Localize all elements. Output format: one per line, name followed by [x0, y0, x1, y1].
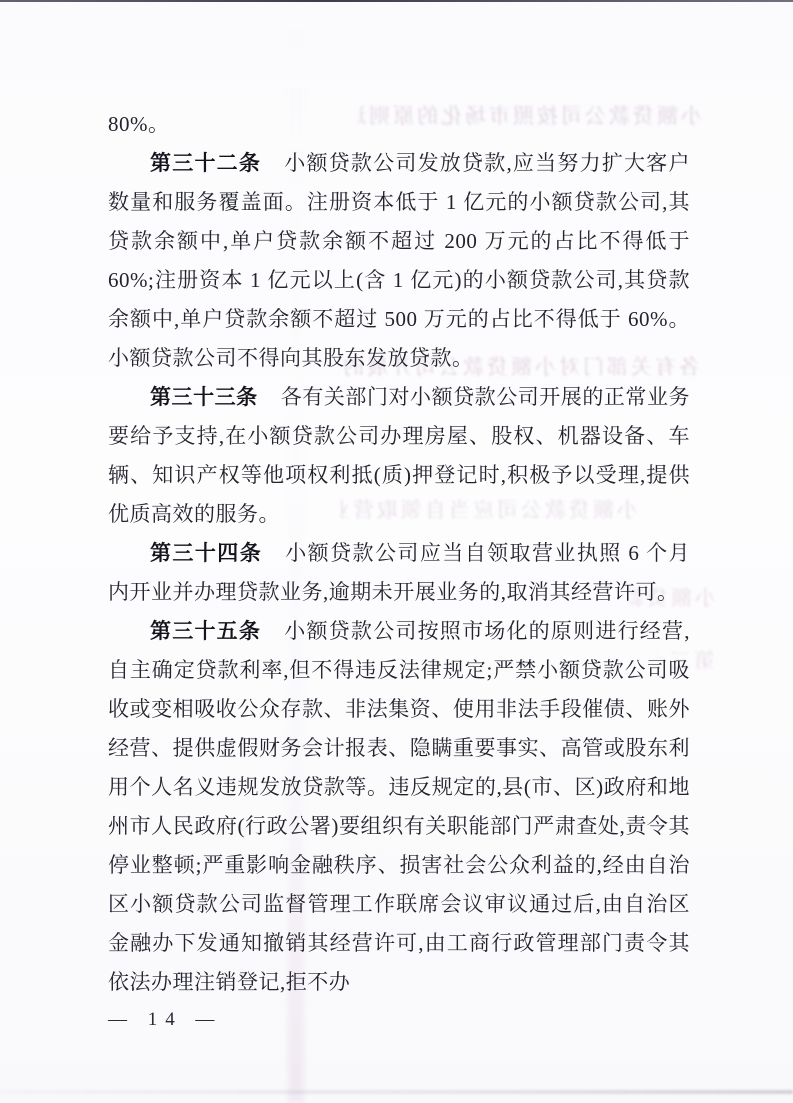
article-34-paragraph: 第三十四条小额贷款公司应当自领取营业执照 6 个月内开业并办理贷款业务,逾期未开…: [108, 534, 690, 612]
page-number: — 14 —: [108, 1006, 690, 1034]
article-35-paragraph: 第三十五条小额贷款公司按照市场化的原则进行经营,自主确定贷款利率,但不得违反法律…: [108, 612, 690, 1002]
article-32-paragraph: 第三十二条小额贷款公司发放贷款,应当努力扩大客户数量和服务覆盖面。注册资本低于 …: [108, 144, 690, 378]
scan-edge-artifact-bottom: [0, 1090, 793, 1094]
article-32-text: 小额贷款公司发放贷款,应当努力扩大客户数量和服务覆盖面。注册资本低于 1 亿元的…: [108, 151, 690, 370]
article-32-number: 第三十二条: [150, 152, 261, 175]
document-text-block: 80%。 第三十二条小额贷款公司发放贷款,应当努力扩大客户数量和服务覆盖面。注册…: [108, 105, 690, 1034]
scanned-document-page: 小额贷款公司按照市场化的原则进行经营,自主确定贷款利率,但不得违反法律规定;严禁…: [0, 0, 793, 1103]
article-33-paragraph: 第三十三条各有关部门对小额贷款公司开展的正常业务要给予支持,在小额贷款公司办理房…: [108, 378, 690, 534]
article-34-number: 第三十四条: [150, 542, 262, 565]
scan-edge-artifact-top: [0, 0, 793, 2]
article-35-text: 小额贷款公司按照市场化的原则进行经营,自主确定贷款利率,但不得违反法律规定;严禁…: [108, 619, 690, 994]
article-35-number: 第三十五条: [150, 620, 261, 643]
continuation-line: 80%。: [108, 105, 690, 144]
article-33-number: 第三十三条: [150, 386, 258, 409]
